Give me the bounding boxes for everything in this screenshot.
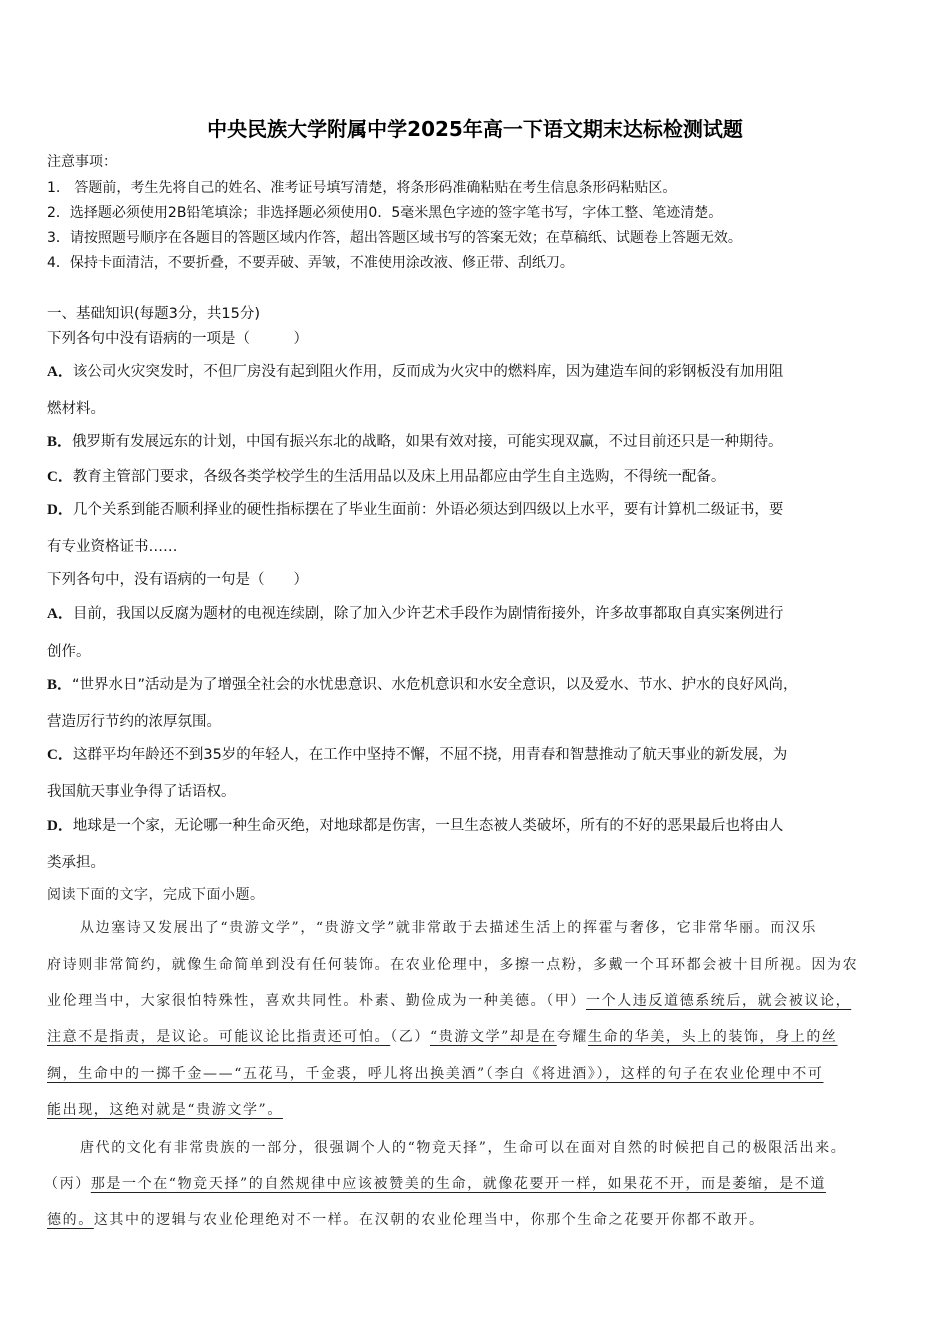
- underlined-sentence-jia: 注意不是指责，是议论。可能议论比指责还可怕。: [47, 1029, 390, 1045]
- note-item: 2．选择题必须使用2B铅笔填涂；非选择题必须使用0．5毫米黑色字迹的签字笔书写，…: [47, 202, 722, 222]
- option-b: B．“世界水日”活动是为了增强全社会的水忧患意识、水危机意识和水安全意识，以及爱…: [47, 673, 798, 694]
- option-a-cont: 创作。: [47, 640, 91, 661]
- note-item: 3．请按照题号顺序在各题目的答题区域内作答，超出答题区域书写的答案无效；在草稿纸…: [47, 227, 742, 247]
- option-text: “世界水日”活动是为了增强全社会的水忧患意识、水危机意识和水安全意识，以及爱水、…: [72, 677, 798, 693]
- option-d: D．地球是一个家，无论哪一种生命灭绝，对地球都是伤害，一旦生态被人类破坏，所有的…: [47, 814, 783, 835]
- question-stem: 下列各句中，没有语病的一句是（ ）: [47, 568, 308, 589]
- passage-text: 这其中的逻辑与农业伦理绝对不一样。在汉朝的农业伦理当中，你那个生命之花要开你都不…: [94, 1212, 765, 1228]
- option-text: 地球是一个家，无论哪一种生命灭绝，对地球都是伤害，一旦生态被人类破坏，所有的不好…: [73, 818, 784, 834]
- passage-text: 夸耀: [557, 1029, 588, 1045]
- passage-line: 府诗则非常简约，就像生命简单到没有任何装饰。在农业伦理中，多擦一点粉，多戴一个耳…: [47, 954, 858, 974]
- exam-page: 中央民族大学附属中学2025年高一下语文期末达标检测试题 注意事项： 1. 答题…: [0, 0, 950, 1344]
- option-letter: B．: [47, 434, 72, 450]
- option-letter: B．: [47, 677, 72, 693]
- option-text: 该公司火灾突发时，不但厂房没有起到阻火作用，反而成为火灾中的燃料库，因为建造车间…: [73, 364, 784, 380]
- passage-line: （丙）那是一个在“物竞天择”的自然规律中应该被赞美的生命，就像花要开一样，如果花…: [44, 1173, 826, 1193]
- option-text: 几个关系到能否顺利择业的硬性指标摆在了毕业生面前：外语必须达到四级以上水平，要有…: [73, 502, 784, 518]
- option-a-cont: 燃材料。: [47, 397, 105, 418]
- option-c-cont: 我国航天事业争得了话语权。: [47, 780, 236, 801]
- note-item: 1. 答题前，考生先将自己的姓名、准考证号填写清楚，将条形码准确粘贴在考生信息条…: [47, 177, 676, 197]
- option-letter: D．: [47, 502, 73, 518]
- passage-line: 唐代的文化有非常贵族的一部分，很强调个人的“物竞天择”，生命可以在面对自然的时候…: [80, 1137, 846, 1157]
- option-d-cont: 有专业资格证书……: [47, 535, 178, 556]
- option-letter: C．: [47, 469, 73, 485]
- underlined-sentence-jia: 一个人违反道德系统后，就会被议论，: [586, 993, 851, 1009]
- option-d-cont: 类承担。: [47, 851, 105, 872]
- marker-yi: （乙）: [390, 1029, 430, 1045]
- option-b: B．俄罗斯有发展远东的计划，中国有振兴东北的战略，如果有效对接，可能实现双赢，不…: [47, 430, 783, 451]
- option-letter: A．: [47, 606, 73, 622]
- passage-line: 注意不是指责，是议论。可能议论比指责还可怕。（乙）“贵游文学”却是在夸耀生命的华…: [47, 1026, 838, 1046]
- underlined-sentence-bing: 那是一个在“物竞天择”的自然规律中应该被赞美的生命，就像花要开一样，如果花不开，…: [91, 1176, 826, 1192]
- option-text: 教育主管部门要求，各级各类学校学生的生活用品以及床上用品都应由学生自主选购，不得…: [73, 469, 726, 485]
- passage-text: 业伦理当中，大家很怕特殊性，喜欢共同性。朴素、勤俭成为一种美德。（甲）: [47, 993, 586, 1009]
- marker-bing: （丙）: [44, 1176, 91, 1192]
- option-c: C．教育主管部门要求，各级各类学校学生的生活用品以及床上用品都应由学生自主选购，…: [47, 465, 725, 486]
- page-title: 中央民族大学附属中学2025年高一下语文期末达标检测试题: [0, 113, 950, 142]
- option-letter: D．: [47, 818, 73, 834]
- underlined-sentence-yi: 绸，生命中的一掷千金——“五花马，千金裘，呼儿将出换美酒”（李白《将进酒》），这…: [47, 1063, 824, 1083]
- underlined-sentence-yi: 生命的华美，头上的装饰，身上的丝: [588, 1029, 838, 1045]
- reading-instruction: 阅读下面的文字，完成下面小题。: [47, 884, 265, 904]
- passage-line: 从边塞诗又发展出了“贵游文学”，“贵游文学”就非常敢于去描述生活上的挥霍与奢侈，…: [80, 917, 817, 937]
- passage-line: 德的。这其中的逻辑与农业伦理绝对不一样。在汉朝的农业伦理当中，你那个生命之花要开…: [47, 1209, 765, 1229]
- section-heading: 一、基础知识(每题3分，共15分): [47, 302, 260, 323]
- option-letter: A．: [47, 364, 73, 380]
- option-a: A．该公司火灾突发时，不但厂房没有起到阻火作用，反而成为火灾中的燃料库，因为建造…: [47, 360, 783, 381]
- passage-line: 业伦理当中，大家很怕特殊性，喜欢共同性。朴素、勤俭成为一种美德。（甲）一个人违反…: [47, 990, 851, 1010]
- option-c: C．这群平均年龄还不到35岁的年轻人，在工作中坚持不懈，不屈不挠，用青春和智慧推…: [47, 743, 787, 764]
- underlined-sentence-yi: “贵游文学”却是在: [430, 1029, 557, 1045]
- option-b-cont: 营造厉行节约的浓厚氛围。: [47, 710, 221, 731]
- option-letter: C．: [47, 747, 73, 763]
- option-d: D．几个关系到能否顺利择业的硬性指标摆在了毕业生面前：外语必须达到四级以上水平，…: [47, 498, 783, 519]
- underlined-sentence-bing: 德的。: [47, 1212, 94, 1228]
- question-stem: 下列各句中没有语病的一项是（ ）: [47, 327, 308, 348]
- note-item: 4．保持卡面清洁，不要折叠，不要弄破、弄皱，不准使用涂改液、修正带、刮纸刀。: [47, 252, 574, 272]
- option-text: 这群平均年龄还不到35岁的年轻人，在工作中坚持不懈，不屈不挠，用青春和智慧推动了…: [73, 747, 787, 763]
- notes-heading: 注意事项：: [47, 151, 117, 171]
- option-text: 俄罗斯有发展远东的计划，中国有振兴东北的战略，如果有效对接，可能实现双赢，不过目…: [72, 434, 783, 450]
- underlined-sentence-yi: 能出现，这绝对就是“贵游文学”。: [47, 1099, 283, 1119]
- option-a: A．目前，我国以反腐为题材的电视连续剧，除了加入少许艺术手段作为剧情衔接外，许多…: [47, 602, 783, 623]
- option-text: 目前，我国以反腐为题材的电视连续剧，除了加入少许艺术手段作为剧情衔接外，许多故事…: [73, 606, 784, 622]
